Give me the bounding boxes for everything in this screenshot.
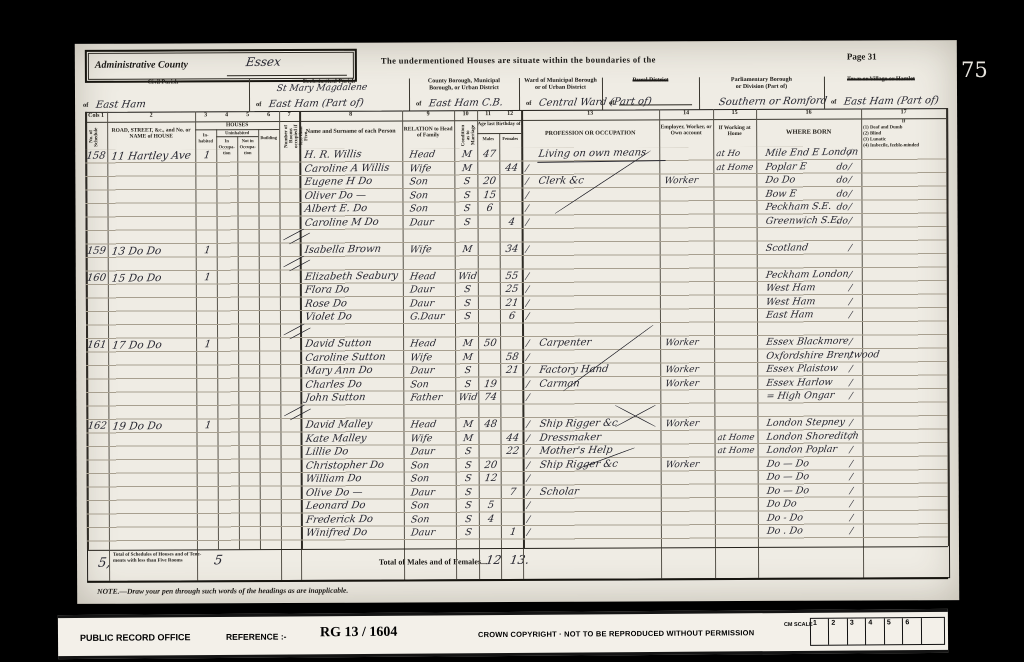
cell-age-female: 6 xyxy=(500,311,524,324)
cell-born-check-mark: / xyxy=(847,174,865,187)
cell-born-check-mark: / xyxy=(848,363,866,376)
totals-column-line xyxy=(523,549,524,579)
admin-county-box: Administrative County Essex xyxy=(85,49,357,83)
totals-column-line xyxy=(109,551,110,581)
cell-schedule-number: 160 xyxy=(86,272,110,285)
cell-relation: Head xyxy=(409,270,457,284)
cell-address: 15 Do Do xyxy=(111,271,198,285)
cell-age-female: 44 xyxy=(499,162,523,175)
cell-check-mark: / xyxy=(524,162,535,175)
col-females-header: Females xyxy=(499,136,521,142)
district-section-value: East Ham (Part of) xyxy=(843,95,939,107)
column-number: 13 xyxy=(521,110,659,120)
totals-houses-value: 5 xyxy=(213,553,223,568)
cell-age-female: 58 xyxy=(500,351,524,364)
col-rooms-header: Number of Rooms occupied if less than Fi… xyxy=(284,123,309,149)
cell-person-name: William Do xyxy=(305,472,416,487)
cell-relation: Wife xyxy=(408,162,456,176)
infirmity-4: (4) Imbecile, feeble-minded xyxy=(863,143,944,149)
cell-born-check-mark: / xyxy=(848,215,866,228)
footer-reference: RG 13 / 1604 xyxy=(320,625,398,642)
cell-person-name: Caroline A Willis xyxy=(303,162,414,177)
district-of-label: of xyxy=(831,99,836,106)
cell-check-mark: / xyxy=(525,419,536,432)
cell-check-mark: / xyxy=(526,513,537,526)
footer-ref-label: REFERENCE :- xyxy=(226,632,287,642)
cell-check-mark: / xyxy=(525,270,536,283)
cell-born-check-mark: / xyxy=(847,188,865,201)
district-section-label: or Division (Part of) xyxy=(700,84,823,92)
cell-born-check-mark: / xyxy=(849,431,867,444)
ruler-cell xyxy=(922,618,944,644)
column-number: 11 xyxy=(477,111,499,120)
district-of-label: of xyxy=(526,100,531,107)
cell-born-check-mark: / xyxy=(848,336,866,349)
cell-employer-status: Worker xyxy=(665,458,717,472)
cell-occupation: Carman xyxy=(538,377,668,392)
cell-check-mark: / xyxy=(525,378,536,391)
col-profession-header: PROFESSION OR OCCUPATION xyxy=(521,130,659,137)
cell-check-mark: / xyxy=(525,203,536,216)
cell-relation: Daur xyxy=(410,527,458,541)
cell-born-check-mark: / xyxy=(847,147,865,160)
cell-person-name: Elizabeth Seabury xyxy=(304,270,415,285)
district-section-label: Town or Village or Hamlet xyxy=(825,76,937,83)
totals-column-line xyxy=(456,549,457,579)
col-males-header: Males xyxy=(477,136,499,142)
cell-age-male: 47 xyxy=(477,149,501,162)
cell-age-female: 1 xyxy=(501,527,525,540)
column-number: 3 xyxy=(195,112,216,121)
column-numbers-row: Cols 1234567891011121314151617 xyxy=(75,40,957,44)
cell-check-mark: / xyxy=(526,486,537,499)
cell-age-male: 19 xyxy=(478,378,502,391)
col-condition-header: Condition as to Marriage xyxy=(461,122,476,148)
footer-notice: NOT TO BE REPRODUCED WITHOUT PERMISSION xyxy=(564,628,754,638)
cell-address: 13 Do Do xyxy=(111,244,198,258)
cell-condition: S xyxy=(455,297,480,310)
age-rule xyxy=(477,133,521,134)
cell-condition: M xyxy=(455,351,480,364)
archive-stamp-number: 75 xyxy=(961,58,988,82)
admin-county-underline xyxy=(227,75,347,77)
cell-born-check-mark: / xyxy=(849,498,867,511)
col-in-occupation-header: In Occupa- tion xyxy=(216,138,237,156)
cell-condition: S xyxy=(456,500,481,513)
cell-check-mark: / xyxy=(525,392,536,405)
ruler-cell: 2 xyxy=(829,619,848,645)
cell-condition: S xyxy=(455,203,480,216)
cell-person-name: Eugene H Do xyxy=(303,175,414,190)
col-building-header: Building xyxy=(258,135,279,141)
totals-column-line xyxy=(661,548,662,578)
cell-person-name: Rose Do xyxy=(304,297,415,312)
cell-age-male: 5 xyxy=(479,500,503,513)
cell-age-female: 22 xyxy=(501,446,525,459)
district-section-value: East Ham (Part of) xyxy=(268,98,364,110)
cell-relation: Son xyxy=(409,378,457,392)
district-of-label: of xyxy=(609,100,614,107)
ruler-cell: 4 xyxy=(866,618,885,644)
cell-check-mark: / xyxy=(524,189,535,202)
cell-age-female: 21 xyxy=(500,365,524,378)
person-rows: 15811 Hartley Ave1H. R. WillisHeadM47Liv… xyxy=(75,40,957,44)
district-of-label: of xyxy=(256,101,261,108)
cell-born-check-mark: / xyxy=(848,201,866,214)
cell-occupation: Living on own means xyxy=(537,147,667,163)
cm-ruler: 123456 xyxy=(810,617,945,646)
totals-column-line xyxy=(479,549,480,579)
admin-county-label: Administrative County xyxy=(95,59,188,70)
cell-relation: Son xyxy=(409,203,457,217)
cell-person-name: Lillie Do xyxy=(305,445,416,460)
totals-column-line xyxy=(281,550,282,580)
footer-org: PUBLIC RECORD OFFICE xyxy=(80,632,191,643)
column-number: 7 xyxy=(279,112,299,121)
cell-person-name: David Sutton xyxy=(304,337,415,352)
cell-condition: S xyxy=(455,216,480,229)
column-number: 12 xyxy=(499,111,521,120)
cell-person-name: Caroline Sutton xyxy=(304,351,415,366)
cell-employer-status: Worker xyxy=(664,337,716,351)
cell-age-male: 4 xyxy=(479,513,503,526)
column-number: 8 xyxy=(299,111,402,120)
totals-column-line xyxy=(301,550,302,580)
col-age-header: Age last Birthday of xyxy=(477,122,521,128)
pen-strokes xyxy=(75,40,957,44)
footer-dot: · xyxy=(559,630,562,639)
cell-relation: Wife xyxy=(410,432,458,446)
column-number: 5 xyxy=(237,112,258,121)
column-number: 2 xyxy=(107,112,195,121)
cell-check-mark: / xyxy=(525,243,536,256)
column-headers: No. of Schedule ROAD, STREET, &c., and N… xyxy=(75,40,957,44)
totals-column-line xyxy=(863,547,864,577)
cell-age-male: 48 xyxy=(478,419,502,432)
cell-age-female: 55 xyxy=(500,270,524,283)
col-where-born-header: WHERE BORN xyxy=(756,129,861,135)
col-infirmity-header: If (1) Deaf and Dumb (2) Blind (3) Lunat… xyxy=(863,119,944,149)
district-section-label: Rural District xyxy=(603,77,698,84)
column-number: 17 xyxy=(861,109,946,118)
district-section-pre-value: St Mary Magdalene xyxy=(276,83,368,94)
cell-check-mark: / xyxy=(526,500,537,513)
cell-relation: Son xyxy=(408,189,456,203)
cell-person-name: Albert E. Do xyxy=(304,202,415,217)
cell-born-check-mark: / xyxy=(849,458,867,471)
cell-relation: Wife xyxy=(409,351,457,365)
cell-born-check-mark: / xyxy=(848,296,866,309)
cell-inhabited: 1 xyxy=(196,339,219,352)
column-number: 15 xyxy=(713,110,756,119)
cell-age-male: 15 xyxy=(477,189,501,202)
cell-check-mark: / xyxy=(525,365,536,378)
district-section: Town or Village or HamletofEast Ham (Par… xyxy=(824,76,937,108)
district-section: Ecclesiastical ParishSt Mary Magdaleneof… xyxy=(249,78,408,111)
col-at-home-header: If Working at Home xyxy=(713,125,756,137)
column-number: 14 xyxy=(659,110,713,119)
column-number: 10 xyxy=(454,111,477,120)
cell-at-home: at Ho xyxy=(715,148,758,162)
column-lines xyxy=(75,40,957,44)
col-not-in-occupation-header: Not in Occupa- tion xyxy=(237,138,258,156)
cell-condition: S xyxy=(454,176,479,189)
cell-at-home: at Home xyxy=(717,445,760,459)
ruler-cell: 5 xyxy=(885,618,904,644)
cell-born-check-mark: / xyxy=(848,417,866,430)
cell-occupation: Dressmaker xyxy=(539,430,669,445)
cell-person-name: Flora Do xyxy=(304,283,415,298)
cell-condition: M xyxy=(455,338,480,351)
cell-person-name: Caroline M Do xyxy=(304,216,415,231)
cell-schedule-number: 162 xyxy=(86,421,110,434)
district-blank-line xyxy=(619,104,692,105)
district-section-label: or of Urban District xyxy=(520,85,601,92)
cell-relation: Son xyxy=(408,176,456,190)
pro-footer-bar: PUBLIC RECORD OFFICE REFERENCE :- RG 13 … xyxy=(58,609,948,659)
cell-relation: Daur xyxy=(409,284,457,298)
cell-age-female: 21 xyxy=(500,297,524,310)
cell-relation: Son xyxy=(410,473,458,487)
footer-crown: CROWN COPYRIGHT xyxy=(478,630,557,640)
ruler-cell: 6 xyxy=(903,618,922,644)
cell-relation: Wife xyxy=(409,243,457,257)
cell-occupation: Carpenter xyxy=(538,336,668,351)
cell-person-name: Oliver Do — xyxy=(303,189,414,204)
cell-born-check-mark: / xyxy=(848,269,866,282)
cell-person-name: John Sutton xyxy=(304,391,415,406)
cell-relation: Son xyxy=(410,513,458,527)
cell-inhabited: 1 xyxy=(196,420,219,433)
cell-age-male: 12 xyxy=(479,473,503,486)
cell-relation: Head xyxy=(409,338,457,352)
cell-condition: S xyxy=(456,527,481,540)
cell-condition: S xyxy=(455,284,480,297)
cell-born-check-mark: / xyxy=(848,242,866,255)
cell-born-check-mark: / xyxy=(849,444,867,457)
cell-born-check-mark: / xyxy=(849,485,867,498)
ruler-cell: 1 xyxy=(811,619,830,645)
cell-check-mark: / xyxy=(525,351,536,364)
column-number: 9 xyxy=(402,111,454,120)
cell-age-female: 4 xyxy=(500,216,524,229)
cell-age-female: 44 xyxy=(501,432,525,445)
cell-occupation: Ship Rigger &c xyxy=(538,417,668,432)
district-of-label: of xyxy=(83,102,88,109)
admin-county-value: Essex xyxy=(245,55,282,70)
cell-address: 19 Do Do xyxy=(111,420,198,434)
cell-check-mark: / xyxy=(526,473,537,486)
column-number: Cols 1 xyxy=(85,113,107,122)
cell-age-female: 34 xyxy=(500,243,524,256)
district-section: Ward of Municipal Boroughor of Urban Dis… xyxy=(519,78,601,110)
cell-condition: S xyxy=(455,378,480,391)
cell-born-check-mark: / xyxy=(848,282,866,295)
cell-condition: M xyxy=(456,432,481,445)
cell-relation: Head xyxy=(408,149,456,163)
cell-condition: S xyxy=(456,513,481,526)
cell-condition: S xyxy=(455,365,480,378)
page-number: Page 31 xyxy=(847,51,877,61)
cell-born-check-mark: / xyxy=(848,350,866,363)
column-number: 16 xyxy=(756,109,861,118)
footer-copyright: CROWN COPYRIGHT · NOT TO BE REPRODUCED W… xyxy=(478,628,754,639)
district-section-label: Civil Parish xyxy=(77,79,249,87)
cell-check-mark: / xyxy=(525,311,536,324)
cell-occupation: Ship Rigger &c xyxy=(539,457,669,472)
cell-check-mark: / xyxy=(525,284,536,297)
cell-person-name: H. R. Willis xyxy=(303,148,414,163)
cell-relation: Daur xyxy=(410,486,458,500)
totals-column-line xyxy=(404,549,405,579)
cell-condition: M xyxy=(454,149,479,162)
cell-relation: G.Daur xyxy=(409,311,457,325)
district-section-label: Borough, or Urban District xyxy=(410,85,518,92)
cell-at-home: at Home xyxy=(715,161,758,175)
cell-relation: Father xyxy=(409,392,457,406)
cell-relation: Daur xyxy=(410,446,458,460)
situate-text: The undermentioned Houses are situate wi… xyxy=(381,54,711,65)
district-sections: Civil ParishofEast HamEcclesiastical Par… xyxy=(75,40,957,44)
cell-person-name: Winifred Do xyxy=(305,526,416,541)
cell-inhabited: 1 xyxy=(195,150,218,163)
cell-person-name: Violet Do xyxy=(304,310,415,325)
cell-condition: M xyxy=(455,243,480,256)
cell-employer-status: Worker xyxy=(664,377,716,391)
cell-check-mark: / xyxy=(525,297,536,310)
cell-schedule-number: 159 xyxy=(86,245,110,258)
cell-condition: Wid xyxy=(455,270,480,283)
cell-check-mark: / xyxy=(526,459,537,472)
cell-check-mark: / xyxy=(524,176,535,189)
cell-relation: Daur xyxy=(409,365,457,379)
cell-occupation: Scholar xyxy=(539,484,669,499)
totals-mf-label: Total of Males and of Females... xyxy=(317,557,487,567)
cell-person-name: Kate Malley xyxy=(305,432,416,447)
cell-person-name: Leonard Do xyxy=(305,499,416,514)
district-section-value: Southern or Romford xyxy=(718,96,828,109)
col-schedule-header: No. of Schedule xyxy=(89,124,99,150)
cell-person-name: Charles Do xyxy=(304,378,415,393)
cell-inhabited: 1 xyxy=(196,272,219,285)
cell-condition: S xyxy=(456,459,481,472)
cell-condition: M xyxy=(454,162,479,175)
cell-person-name: Christopher Do xyxy=(305,459,416,474)
cell-age-male: 20 xyxy=(479,459,503,472)
cell-occupation: Mother's Help xyxy=(539,444,669,459)
totals-column-line xyxy=(758,548,759,578)
footer-scale-label: CM SCALE xyxy=(784,622,813,629)
cell-condition: S xyxy=(456,473,481,486)
cell-condition: S xyxy=(456,446,481,459)
cell-address: 11 Hartley Ave xyxy=(110,150,197,164)
cell-person-name: David Malley xyxy=(304,418,415,433)
cell-check-mark: / xyxy=(525,216,536,229)
cell-check-mark: / xyxy=(526,432,537,445)
cell-age-male: 74 xyxy=(478,392,502,405)
totals-label: Total of Schedules of Houses and of Tene… xyxy=(113,552,205,564)
cell-age-female: 7 xyxy=(501,486,525,499)
totals-column-line xyxy=(715,548,716,578)
totals-column-line xyxy=(501,549,502,579)
cell-person-name: Olive Do — xyxy=(305,486,416,501)
cell-condition: S xyxy=(455,311,480,324)
district-of-label: of xyxy=(416,100,421,107)
col-relation-header: RELATION to Head of Family xyxy=(402,126,454,138)
col-houses-header: HOUSES xyxy=(195,122,279,128)
district-section-value: East Ham xyxy=(95,99,146,111)
ruler-cell: 3 xyxy=(848,618,867,644)
district-section: County Borough, MunicipalBorough, or Urb… xyxy=(409,78,518,110)
cell-occupation: Factory Hand xyxy=(538,363,668,378)
cell-born-check-mark: / xyxy=(849,525,867,538)
cell-employer-status: Worker xyxy=(664,418,716,432)
cell-person-name: Isabella Brown xyxy=(304,243,415,258)
district-section: Civil ParishofEast Ham xyxy=(77,79,249,112)
col-inhabited-header: In- habited xyxy=(195,132,216,144)
cell-schedule-number: 161 xyxy=(86,340,110,353)
cell-relation: Head xyxy=(409,419,457,433)
totals-row: 5, Total of Schedules of Houses and of T… xyxy=(87,546,948,583)
cell-born-check-mark: / xyxy=(848,390,866,403)
cell-condition: M xyxy=(455,419,480,432)
cell-relation: Son xyxy=(410,459,458,473)
cell-born-check-mark: / xyxy=(848,309,866,322)
cell-age-male: 20 xyxy=(477,176,501,189)
district-section: Rural Districtof xyxy=(602,77,698,109)
cell-check-mark: / xyxy=(526,446,537,459)
district-section-value: East Ham C.B. xyxy=(428,97,504,109)
totals-column-line xyxy=(197,550,198,580)
cell-condition: Wid xyxy=(455,392,480,405)
cell-relation: Daur xyxy=(409,216,457,230)
cell-age-female: 25 xyxy=(500,284,524,297)
cell-relation: Daur xyxy=(409,297,457,311)
cell-condition: S xyxy=(456,486,481,499)
cell-check-mark: / xyxy=(525,338,536,351)
cell-relation: Son xyxy=(410,500,458,514)
cell-age-male: 6 xyxy=(478,203,502,216)
cell-condition: S xyxy=(454,189,479,202)
cell-born-check-mark: / xyxy=(849,512,867,525)
footnote: NOTE.—Draw your pen through such words o… xyxy=(97,586,348,596)
column-number: 6 xyxy=(258,112,279,121)
cell-born-check-mark: / xyxy=(847,161,865,174)
col-road-header: ROAD, STREET, &c., and No. or NAME of HO… xyxy=(108,127,194,139)
cell-inhabited: 1 xyxy=(196,245,219,258)
cell-schedule-number: 158 xyxy=(85,151,109,164)
cell-person-name: Mary Ann Do xyxy=(304,364,415,379)
district-section: Parliamentary Boroughor Division (Part o… xyxy=(699,77,823,110)
totals-females: 13. xyxy=(509,553,530,567)
cell-born-check-mark: / xyxy=(848,377,866,390)
column-number: 4 xyxy=(216,112,237,121)
cell-check-mark: / xyxy=(526,527,537,540)
totals-males: 12 xyxy=(485,553,502,567)
cell-person-name: Frederick Do xyxy=(305,513,416,528)
col-employer-header: Employer, Worker, or Own account xyxy=(659,124,713,136)
cell-employer-status: Worker xyxy=(663,175,715,189)
uninhabited-rule xyxy=(216,136,258,137)
census-page: Administrative County Essex The undermen… xyxy=(75,40,959,604)
cell-employer-status: Worker xyxy=(664,364,716,378)
col-name-header: Name and Surname of each Person xyxy=(299,128,402,134)
cell-age-male: 50 xyxy=(478,338,502,351)
cell-born-check-mark: / xyxy=(849,471,867,484)
cell-at-home: at Home xyxy=(717,431,760,445)
cell-address: 17 Do Do xyxy=(111,339,198,353)
